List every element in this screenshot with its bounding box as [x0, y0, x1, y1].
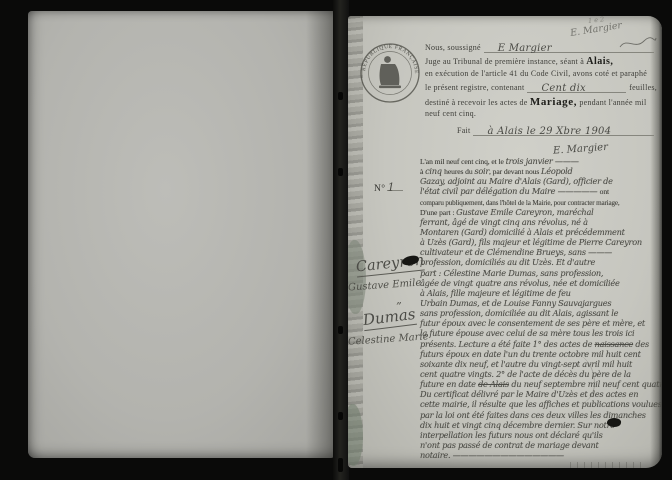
act-text-line: âgée de vingt quatre ans révolus, née et…: [420, 277, 662, 287]
marianne-figure: [379, 56, 401, 88]
blank-fill-line: 1: [387, 181, 403, 191]
act-text-line: à cinq heures du soir, par devant nous L…: [420, 165, 662, 175]
paraph-flourish-icon: [618, 34, 658, 52]
printed-register-header: Nous, soussigné E Margier Juge au Tribun…: [425, 43, 657, 153]
stitch-mark: [338, 326, 343, 334]
act-text-line: à Uzès (Gard), fils majeur et légitime d…: [420, 236, 662, 246]
stitch-mark: [338, 168, 343, 176]
act-text-line: présents. Lecture a été faite 1° des act…: [420, 338, 662, 348]
act-body: L'an mil neuf cent cinq, et le trois jan…: [420, 155, 662, 459]
text-segment: notaire. ——————————————: [420, 450, 564, 460]
printed-town-bold: Alais,: [586, 56, 613, 67]
text-segment: cette mairie, il résulte que les affiche…: [420, 399, 662, 409]
header-line: le présent registre, contenant Cent dix …: [425, 83, 657, 96]
act-number: N° 1: [374, 181, 405, 194]
act-text-line: cette mairie, il résulte que les affiche…: [420, 398, 662, 408]
blank-verso-page: [28, 11, 334, 458]
republique-francaise-stamp-icon: RÉPUBLIQUE FRANÇAISE: [359, 42, 421, 104]
header-line: en exécution de l'article 41 du Code Civ…: [425, 69, 657, 82]
text-segment: l'état civil par délégation du Maire ———…: [420, 186, 600, 196]
act-text-line: par la loi ont été faites dans ces deux …: [420, 409, 662, 419]
header-line: Nous, soussigné E Margier: [425, 43, 657, 56]
act-text-line: profession, domiciliés au dit Uzès. Et d…: [420, 256, 662, 266]
act-text-line: n'ont pas passé de contrat de mariage de…: [420, 439, 662, 449]
act-number-value: 1: [387, 181, 394, 194]
blank-fill-line: E Margier: [484, 43, 654, 53]
act-text-line: Gazay, adjoint au Maire d'Alais (Gard), …: [420, 175, 662, 185]
act-text-line: l'état civil par délégation du Maire ———…: [420, 185, 662, 195]
handwritten-judge-name: E Margier: [498, 43, 552, 54]
act-text-line: Montaren (Gard) domicilié à Alais et pré…: [420, 226, 662, 236]
act-text-line: à Alais, fille majeure et légitime de fe…: [420, 287, 662, 297]
act-text-line: future en date de Alais du neuf septembr…: [420, 378, 662, 388]
act-text-line: cultivateur et de Clémendine Brueys, san…: [420, 246, 662, 256]
act-text-line: futurs époux en date l'un du trente octo…: [420, 348, 662, 358]
act-text-line: L'an mil neuf cent cinq, et le trois jan…: [420, 155, 662, 165]
stitch-mark: [338, 92, 343, 100]
scanned-register-photo: RÉPUBLIQUE FRANÇAISE 1 e 2 E. Margier No…: [0, 0, 672, 480]
act-text-line: sans profession, domiciliée au dit Alais…: [420, 307, 662, 317]
gutter-shadow: [306, 11, 334, 458]
pencil-signature: E. Margier: [569, 20, 622, 39]
margin-bride-surname: Dumas: [362, 305, 417, 331]
stitch-mark: [338, 458, 343, 472]
text-segment: la future épouse avec celui de sa mère t…: [420, 328, 634, 338]
text-segment: profession, domiciliés au dit Uzès. Et d…: [420, 257, 595, 267]
act-text-line: soixante dix neuf, et l'autre du vingt-s…: [420, 358, 662, 368]
blank-fill-line: Cent dix: [527, 83, 626, 93]
act-text-line: interpellation les futurs nous ont décla…: [420, 429, 662, 439]
header-line: Juge au Tribunal de première instance, s…: [425, 56, 657, 69]
act-text-line: D'une part : Gustave Emile Careyron, mar…: [420, 206, 662, 216]
act-text-line: notaire. ——————————————: [420, 449, 662, 459]
act-text-line: comparu publiquement, dans l'hôtel de la…: [420, 196, 662, 206]
marriage-act-page: RÉPUBLIQUE FRANÇAISE 1 e 2 E. Margier No…: [348, 16, 662, 468]
printed-text: Nous, soussigné: [425, 43, 481, 52]
faint-pencil-marks: [570, 462, 646, 468]
header-line: Fait à Alais le 29 Xbre 1904: [425, 126, 657, 139]
handwritten-date: à Alais le 29 Xbre 1904: [487, 126, 611, 137]
act-text-line: futur époux avec le consentement de ses …: [420, 317, 662, 327]
act-number-label: N°: [374, 184, 385, 194]
act-text-line: part : Célestine Marie Dumas, sans profe…: [420, 267, 662, 277]
book-binding-seam: [333, 0, 349, 480]
printed-text: destiné à recevoir les actes de: [425, 98, 530, 107]
printed-text: pendant l'année mil: [577, 98, 646, 107]
printed-text: en exécution de l'article 41 du Code Civ…: [425, 69, 647, 78]
act-text-line: ferrant, âgé de vingt cinq ans révolus, …: [420, 216, 662, 226]
act-text-line: Du certificat délivré par le Maire d'Uzè…: [420, 388, 662, 398]
printed-text: le présent registre, contenant: [425, 83, 524, 92]
act-text-line: Urbain Dumas, et de Louise Fanny Sauvaja…: [420, 297, 662, 307]
handwritten-sheet-count: Cent dix: [541, 83, 585, 94]
printed-text: feuilles,: [629, 83, 657, 92]
stitch-mark: [338, 412, 343, 420]
printed-text: neuf cent cinq.: [425, 109, 476, 118]
act-text-line: la future épouse avec celui de sa mère t…: [420, 327, 662, 337]
header-line: neuf cent cinq.: [425, 109, 657, 122]
printed-text: Fait: [457, 126, 470, 135]
act-text-line: cent quatre vingts. 2° de l'acte de décè…: [420, 368, 662, 378]
blank-fill-line: à Alais le 29 Xbre 1904: [473, 126, 654, 136]
act-text-line: dix huit et vingt cinq décembre dernier.…: [420, 419, 662, 429]
